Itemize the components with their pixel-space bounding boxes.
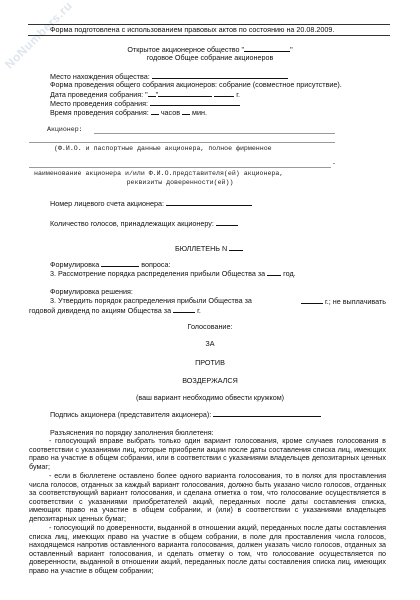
meeting-form: Форма проведения общего собрания акционе… xyxy=(50,80,342,89)
time-minutes-field[interactable] xyxy=(182,107,190,115)
dividend-year-field[interactable] xyxy=(173,305,195,313)
vote-instruction: (ваш вариант необходимо обвести кружком) xyxy=(0,393,420,402)
meeting-type: годовое Общее собрание акционеров xyxy=(0,53,420,62)
ballot-title: БЮЛЛЕТЕНЬ N xyxy=(175,243,243,253)
signature-row: Подпись акционера (представителя акционе… xyxy=(50,409,321,419)
shareholder-field[interactable] xyxy=(94,133,335,134)
shareholder-caption-1: (Ф.И.О. и паспортные данные акционера, п… xyxy=(54,145,272,153)
vote-option-against[interactable]: ПРОТИВ xyxy=(0,358,420,367)
date-month-field[interactable] xyxy=(158,89,212,97)
header-notice: Форма подготовлена с использованием прав… xyxy=(50,25,334,34)
shareholder-caption-2: наименование акционера и/или Ф.И.О.предс… xyxy=(34,170,283,178)
question-number-field[interactable] xyxy=(101,259,139,267)
vote-option-for[interactable]: ЗА xyxy=(0,339,420,348)
shareholder-caption-3: реквизиты доверенности(ей)) xyxy=(0,179,360,187)
date-year-field[interactable] xyxy=(214,89,234,97)
account-number-row: Номер лицевого счета акционера: xyxy=(50,198,252,208)
meeting-time-row: Время проведения собрания: часов мин. xyxy=(50,107,207,117)
ballot-number-field[interactable] xyxy=(229,243,243,251)
question-year-field[interactable] xyxy=(267,268,281,276)
decision-label: Формулировка решения: xyxy=(50,287,133,296)
shareholder-field-line2[interactable] xyxy=(29,142,335,143)
explanation-item-1: - голосующий вправе выбрать только один … xyxy=(29,437,386,471)
shareholder-field-line3[interactable] xyxy=(29,167,331,168)
header-bottom-rule xyxy=(28,35,390,36)
voting-label: Голосование: xyxy=(0,322,420,331)
account-number-field[interactable] xyxy=(166,198,252,206)
decision-year-field[interactable] xyxy=(301,296,323,304)
company-name-field[interactable] xyxy=(244,44,290,52)
shareholder-label: Акционер: xyxy=(47,126,83,134)
votes-count-row: Количество голосов, принадлежащих акцион… xyxy=(50,218,238,228)
meeting-place-field[interactable] xyxy=(150,98,240,106)
date-day-field[interactable] xyxy=(148,89,156,97)
vote-option-abstain[interactable]: ВОЗДЕРЖАЛСЯ xyxy=(0,376,420,385)
votes-count-field[interactable] xyxy=(216,218,238,226)
time-hours-field[interactable] xyxy=(151,107,159,115)
explanation-item-3: - голосующий по доверенности, выданной в… xyxy=(29,524,386,576)
explanation-item-2: - если в бюллетене оставлено более одног… xyxy=(29,472,386,524)
company-location-field[interactable] xyxy=(152,71,288,79)
question-text-row: 3. Рассмотрение порядка распределения пр… xyxy=(50,268,296,278)
decision-text-row-2: годовой дивиденд по акциям Общества за г… xyxy=(29,305,201,315)
signature-field[interactable] xyxy=(213,409,321,417)
shareholder-dash: - xyxy=(332,160,336,168)
